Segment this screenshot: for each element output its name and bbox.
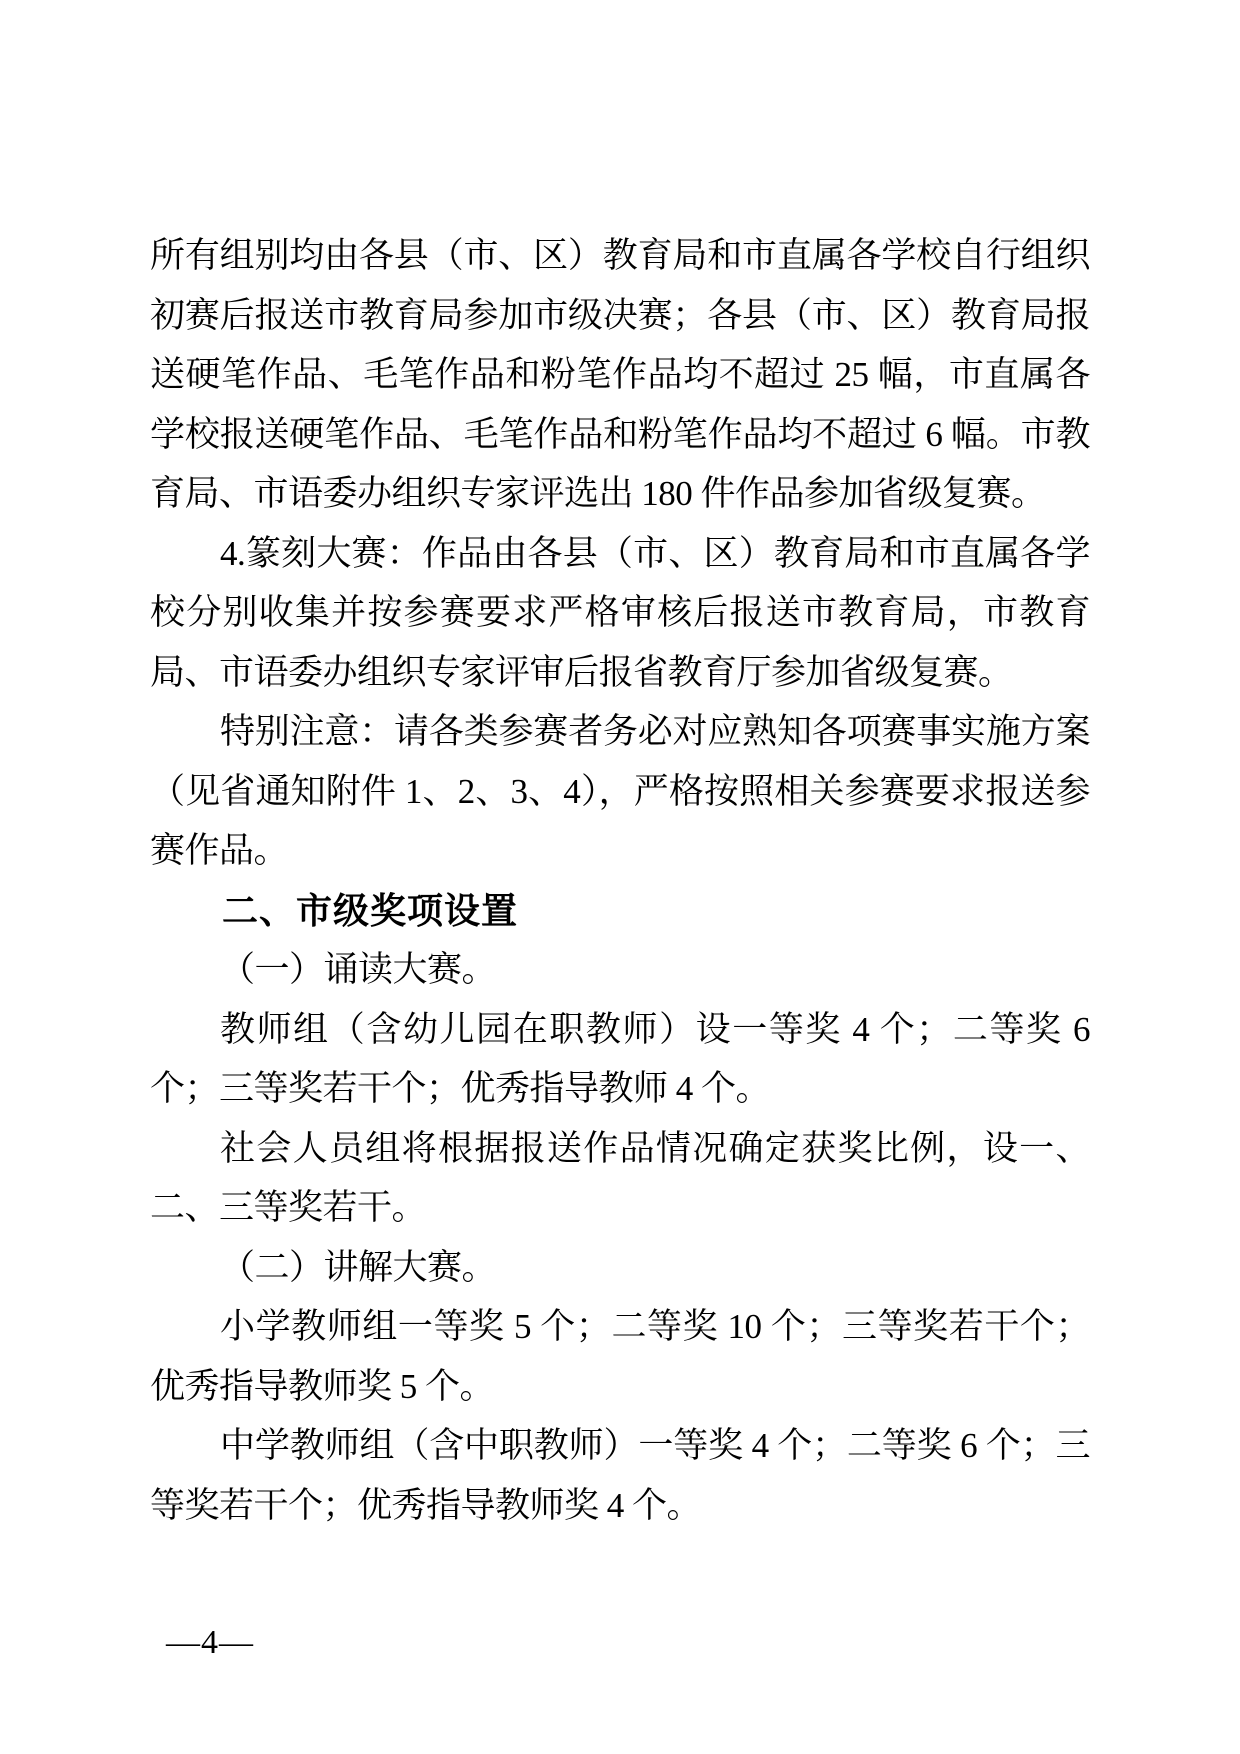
paragraph-contest-submission-rules: 所有组别均由各县（市、区）教育局和市直属各学校自行组织初赛后报送市教育局参加市级… — [150, 226, 1090, 524]
page-number: —4— — [166, 1624, 254, 1662]
paragraph-recitation-teacher-group-awards: 教师组（含幼儿园在职教师）设一等奖 4 个；二等奖 6 个；三等奖若干个；优秀指… — [150, 1000, 1090, 1119]
paragraph-recitation-contest-heading: （一）诵读大赛。 — [150, 940, 1090, 1000]
paragraph-secondary-teacher-group-awards: 中学教师组（含中职教师）一等奖 4 个；二等奖 6 个；三等奖若干个；优秀指导教… — [150, 1416, 1090, 1535]
paragraph-primary-teacher-group-awards: 小学教师组一等奖 5 个；二等奖 10 个；三等奖若干个；优秀指导教师奖 5 个… — [150, 1297, 1090, 1416]
document-body: 所有组别均由各县（市、区）教育局和市直属各学校自行组织初赛后报送市教育局参加市级… — [150, 226, 1090, 1535]
paragraph-recitation-public-group-awards: 社会人员组将根据报送作品情况确定获奖比例，设一、二、三等奖若干。 — [150, 1119, 1090, 1238]
paragraph-seal-carving-contest: 4.篆刻大赛：作品由各县（市、区）教育局和市直属各学校分别收集并按参赛要求严格审… — [150, 524, 1090, 703]
section-heading-city-level-awards: 二、市级奖项设置 — [150, 881, 1090, 941]
document-page: 所有组别均由各县（市、区）教育局和市直属各学校自行组织初赛后报送市教育局参加市级… — [0, 0, 1240, 1754]
paragraph-special-notice: 特别注意：请各类参赛者务必对应熟知各项赛事实施方案（见省通知附件 1、2、3、4… — [150, 702, 1090, 881]
paragraph-presentation-contest-heading: （二）讲解大赛。 — [150, 1238, 1090, 1298]
